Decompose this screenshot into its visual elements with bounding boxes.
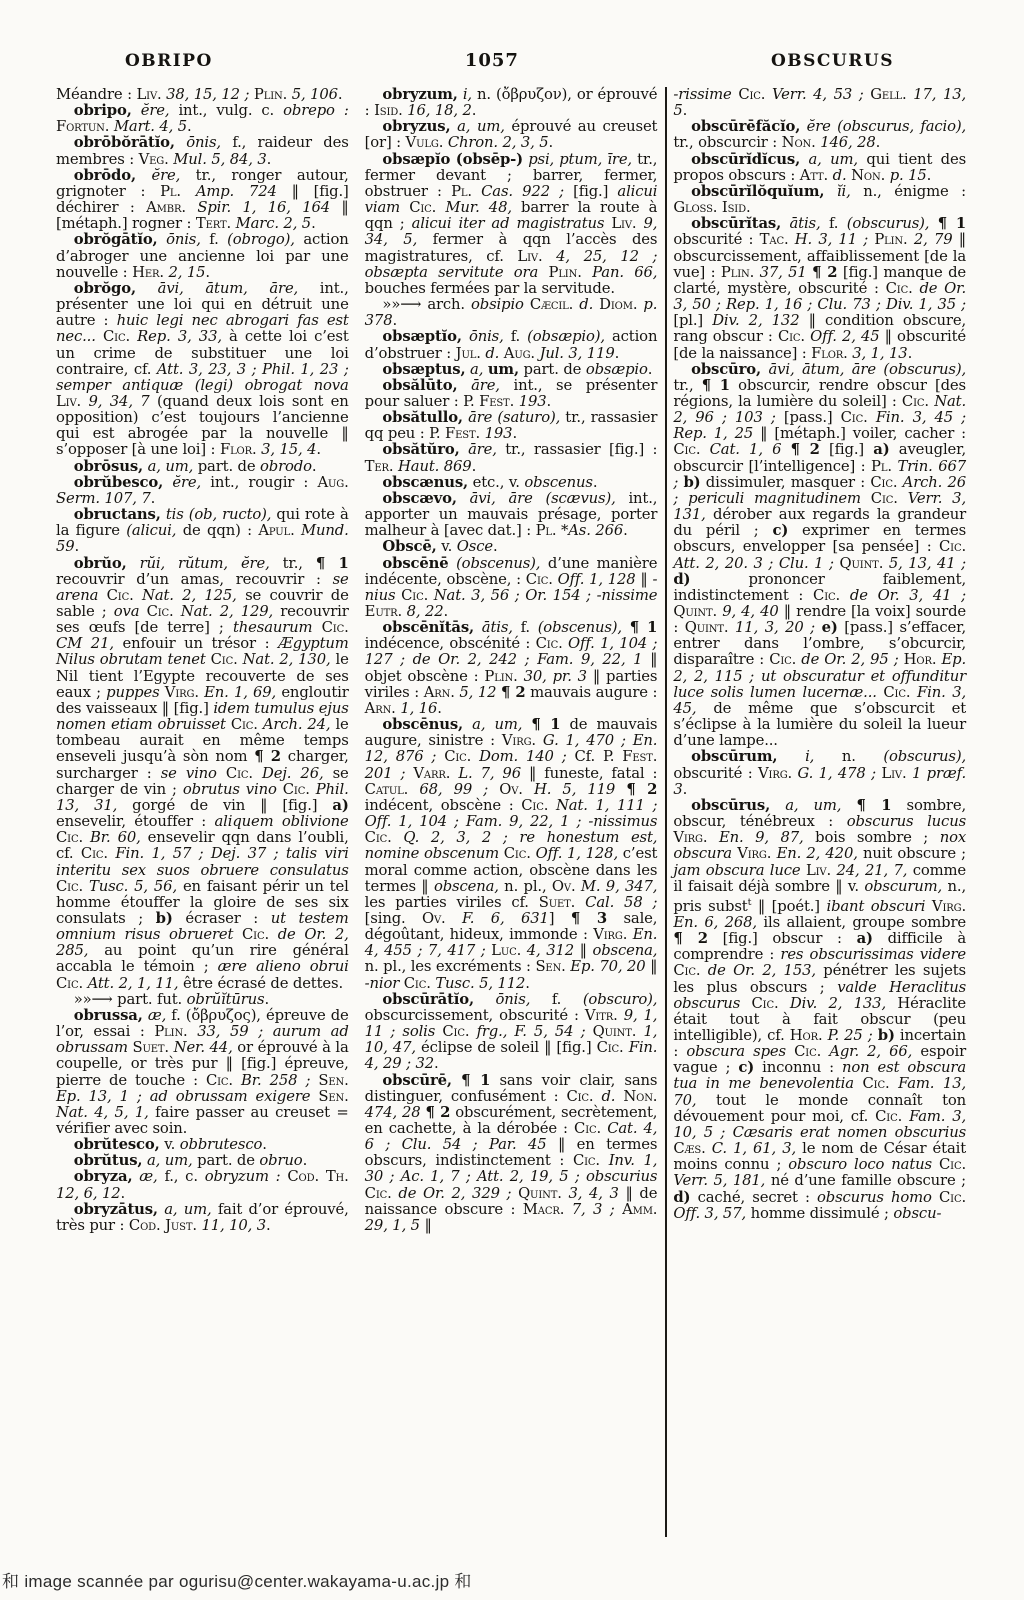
dictionary-entry: obscēnē (obscenus), d’une manière indéce…: [365, 556, 658, 621]
dictionary-entry: obsæptus, a, um, part. de obsæpio.: [365, 362, 658, 378]
dictionary-entry: obrŏgātĭo, ōnis, f. (obrogo), action d’a…: [56, 232, 349, 280]
dictionary-entry: obsătŭro, āre, tr., rassasier [fig.] : T…: [365, 442, 658, 474]
dictionary-entry: obripo, ĕre, int., vulg. c. obrepo : For…: [56, 103, 349, 135]
dictionary-entry: obscēnus, a, um, ¶ 1 de mauvais augure, …: [365, 717, 658, 992]
dictionary-entry: »»⟶ part. fut. obrŭĭtūrus.: [56, 992, 349, 1008]
dictionary-entry: obscūrĭlŏquĭum, ĭi, n., énigme : Gloss. …: [673, 184, 966, 216]
dictionary-entry: obrŭo, rŭi, rŭtum, ĕre, tr., ¶ 1 recouvr…: [56, 556, 349, 992]
dictionary-entry: obscænus, etc., v. obscenus.: [365, 475, 658, 491]
dictionary-entry: obscūrum, i, n. (obscurus), obscurité : …: [673, 749, 966, 797]
dictionary-entry: obrōsus, a, um, part. de obrodo.: [56, 459, 349, 475]
dictionary-entry: obryzus, a, um, éprouvé au creuset [or] …: [365, 119, 658, 151]
dictionary-entry: obsălūto, āre, int., se présenter pour s…: [365, 378, 658, 410]
dictionary-entry: »»⟶ arch. obsipio Cæcil. d. Diom. p. 378…: [365, 297, 658, 329]
dictionary-entry: obscūrē, ¶ 1 sans voir clair, sans disti…: [365, 1073, 658, 1235]
running-head-left: OBRIPO: [125, 51, 213, 71]
dictionary-entry: obructans, tis (ob, ructo), qui rote à l…: [56, 507, 349, 555]
column-2: obryzum, i, n. (ὄβρυζον), or éprouvé : I…: [365, 87, 658, 1537]
dictionary-entry: obryzātus, a, um, fait d’or éprouvé, trè…: [56, 1202, 349, 1234]
dictionary-entry: obryzum, i, n. (ὄβρυζον), or éprouvé : I…: [365, 87, 658, 119]
dictionary-entry: obscēnĭtās, ātis, f. (obscenus), ¶ 1 ind…: [365, 620, 658, 717]
scanned-dictionary-page: { "header": { "left": "OBRIPO", "center"…: [0, 0, 1024, 1600]
page-header: OBRIPO 1057 OBSCURUS: [0, 0, 1024, 71]
dictionary-entry: obsæpĭo (obsēp-) psi, ptum, īre, tr., fe…: [365, 152, 658, 297]
dictionary-entry: obrŭtesco, v. obbrutesco.: [56, 1137, 349, 1153]
dictionary-text-body: Méandre : Liv. 38, 15, 12 ; Plin. 5, 106…: [0, 71, 1024, 1537]
dictionary-entry: obsătullo, āre (saturo), tr., rassasier …: [365, 410, 658, 442]
dictionary-entry: -rissime Cic. Verr. 4, 53 ; Gell. 17, 13…: [673, 87, 966, 119]
dictionary-entry: obrŭbesco, ĕre, int., rougir : Aug. Serm…: [56, 475, 349, 507]
column-3: -rissime Cic. Verr. 4, 53 ; Gell. 17, 13…: [665, 87, 966, 1537]
dictionary-entry: obscūrātĭo, ōnis, f. (obscuro), obscurci…: [365, 992, 658, 1073]
column-1: Méandre : Liv. 38, 15, 12 ; Plin. 5, 106…: [56, 87, 349, 1537]
dictionary-entry: obryza, æ, f., c. obryzum : Cod. Th. 12,…: [56, 1169, 349, 1201]
running-head-right: OBSCURUS: [771, 51, 894, 71]
dictionary-entry: Obscē, v. Osce.: [365, 539, 658, 555]
dictionary-entry: obsæptĭo, ōnis, f. (obsæpio), action d’o…: [365, 329, 658, 361]
dictionary-entry: obscūrĭtas, ātis, f. (obscurus), ¶ 1 obs…: [673, 216, 966, 361]
dictionary-entry: obrŏgo, āvi, ātum, āre, int., présenter …: [56, 281, 349, 459]
dictionary-entry: obrŭtus, a, um, part. de obruo.: [56, 1153, 349, 1169]
dictionary-entry: obrussa, æ, f. (ὄβρυζος), épreuve de l’o…: [56, 1008, 349, 1137]
dictionary-entry: obrōdo, ĕre, tr., ronger autour, grignot…: [56, 168, 349, 233]
dictionary-entry: obscūrĭdĭcus, a, um, qui tient des propo…: [673, 152, 966, 184]
dictionary-entry: obscævo, āvi, āre (scævus), int., apport…: [365, 491, 658, 539]
dictionary-entry: obscūrēfăcĭo, ĕre (obscurus, facio), tr.…: [673, 119, 966, 151]
scan-caption: 和 image scannée par ogurisu@center.wakay…: [2, 1567, 472, 1592]
dictionary-entry: obrōbŏrātĭo, ōnis, f., raideur des membr…: [56, 135, 349, 167]
dictionary-entry: Méandre : Liv. 38, 15, 12 ; Plin. 5, 106…: [56, 87, 349, 103]
page-number: 1057: [465, 50, 519, 71]
dictionary-entry: obscūrus, a, um, ¶ 1 sombre, obscur, tén…: [673, 798, 966, 1222]
dictionary-entry: obscūro, āvi, ātum, āre (obscurus), tr.,…: [673, 362, 966, 750]
